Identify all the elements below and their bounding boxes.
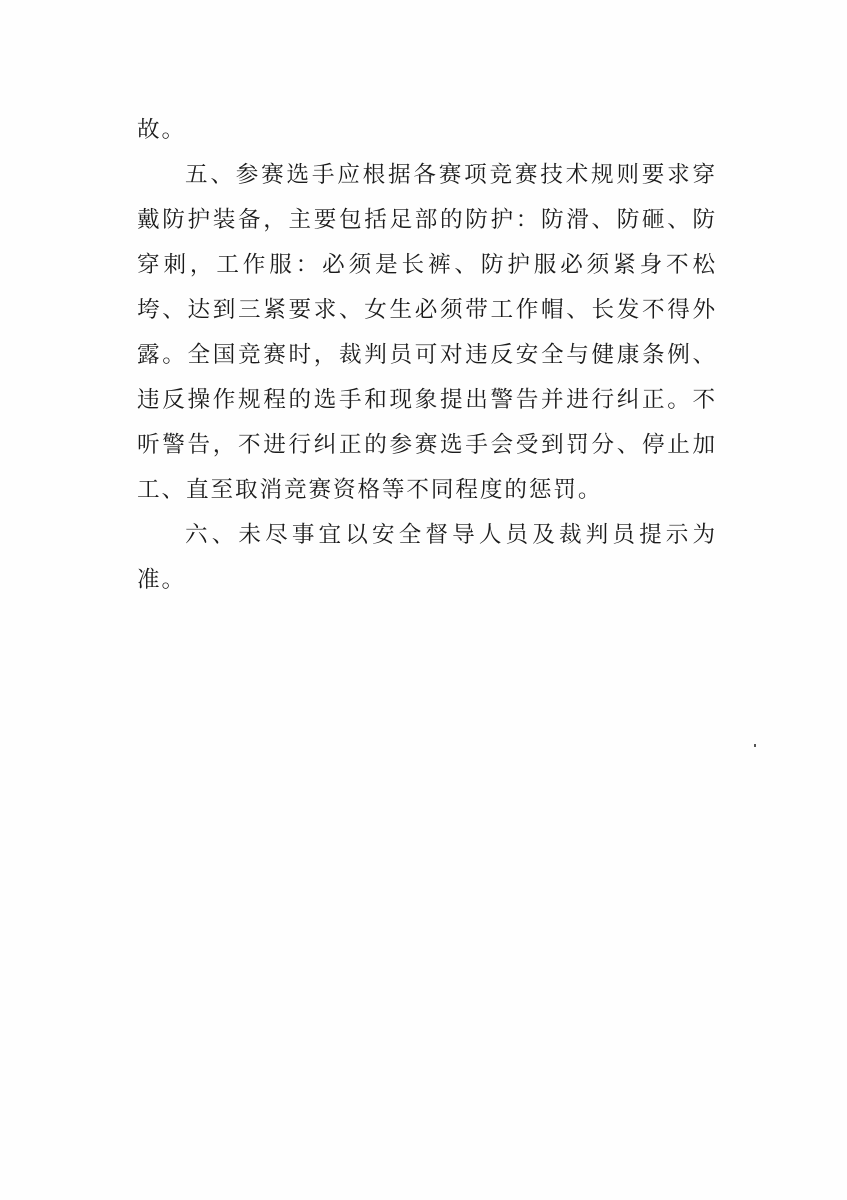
paragraph-item-five: 五、参赛选手应根据各赛项竞赛技术规则要求穿戴防护装备，主要包括足部的防护：防滑、… — [137, 153, 717, 513]
paragraph-continuation: 故。 — [137, 108, 717, 153]
scan-speck — [754, 744, 756, 747]
document-body: 故。 五、参赛选手应根据各赛项竞赛技术规则要求穿戴防护装备，主要包括足部的防护：… — [137, 108, 717, 603]
paragraph-item-six: 六、未尽事宜以安全督导人员及裁判员提示为准。 — [137, 513, 717, 603]
document-page: 故。 五、参赛选手应根据各赛项竞赛技术规则要求穿戴防护装备，主要包括足部的防护：… — [0, 0, 847, 1200]
